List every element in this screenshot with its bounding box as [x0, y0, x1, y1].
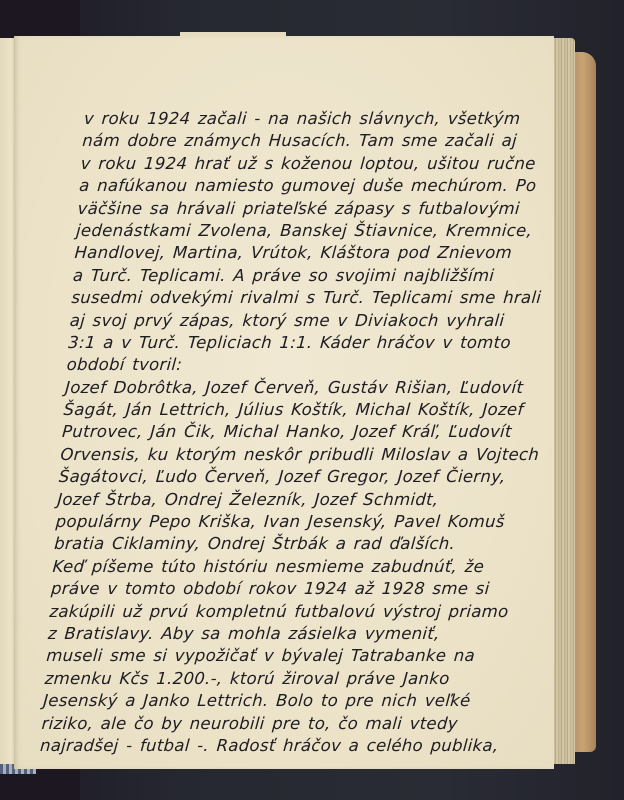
book-photo-scene: v roku 1924 začali - na našich slávnych,…: [0, 0, 624, 800]
text-line: populárny Pepo Kriška, Ivan Jesenský, Pa…: [55, 511, 557, 533]
text-line: Keď píšeme túto históriu nesmieme zabudn…: [52, 556, 554, 578]
text-line: bratia Ciklaminy, Ondrej Štrbák a rad ďa…: [53, 533, 555, 555]
handwritten-text: v roku 1924 začali - na našich slávnych,…: [39, 108, 584, 757]
text-line: a nafúkanou namiesto gumovej duše mechúr…: [78, 175, 580, 197]
text-line: a Turč. Teplicami. A práve so svojimi na…: [72, 265, 574, 287]
text-line: v roku 1924 začali - na našich slávnych,…: [83, 108, 585, 130]
text-line: Jozef Dobrôtka, Jozef Červeň, Gustáv Riš…: [64, 377, 566, 399]
text-line: nám dobre známych Husacích. Tam sme zača…: [82, 130, 584, 152]
text-line: susedmi odvekými rivalmi s Turč. Teplica…: [71, 287, 573, 309]
text-line: Jesenský a Janko Lettrich. Bolo to pre n…: [42, 690, 544, 712]
text-line: jedenástkami Zvolena, Banskej Štiavnice,…: [75, 220, 577, 242]
text-line: aj svoj prvý zápas, ktorý sme v Diviakoc…: [69, 310, 571, 332]
text-line: riziko, ale čo by neurobili pre to, čo m…: [41, 713, 543, 735]
text-line: Handlovej, Martina, Vrútok, Kláštora pod…: [74, 242, 576, 264]
text-line: Jozef Štrba, Ondrej Železník, Jozef Schm…: [57, 489, 559, 511]
text-line: období tvoril:: [66, 354, 568, 376]
text-line: najradšej - futbal -. Radosť hráčov a ce…: [39, 735, 541, 757]
text-line: museli sme si vypožičať v bývalej Tatrab…: [46, 645, 548, 667]
text-line: z Bratislavy. Aby sa mohla zásielka vyme…: [47, 623, 549, 645]
text-line: Šagát, Ján Lettrich, Július Koštík, Mich…: [63, 399, 565, 421]
text-line: Orvensis, ku ktorým neskôr pribudli Milo…: [60, 444, 562, 466]
text-line: zakúpili už prvú kompletnú futbalovú výs…: [49, 601, 551, 623]
text-line: Šagátovci, Ľudo Červeň, Jozef Gregor, Jo…: [58, 466, 560, 488]
text-line: zmenku Kčs 1.200.-, ktorú žiroval práve …: [44, 668, 546, 690]
text-line: Putrovec, Ján Čik, Michal Hanko, Jozef K…: [61, 421, 563, 443]
text-line: práve v tomto období rokov 1924 až 1928 …: [50, 578, 552, 600]
text-line: 3:1 a v Turč. Tepliciach 1:1. Káder hráč…: [67, 332, 569, 354]
text-line: v roku 1924 hrať už s koženou loptou, uš…: [80, 153, 582, 175]
text-line: väčšine sa hrávali priateľské zápasy s f…: [77, 198, 579, 220]
